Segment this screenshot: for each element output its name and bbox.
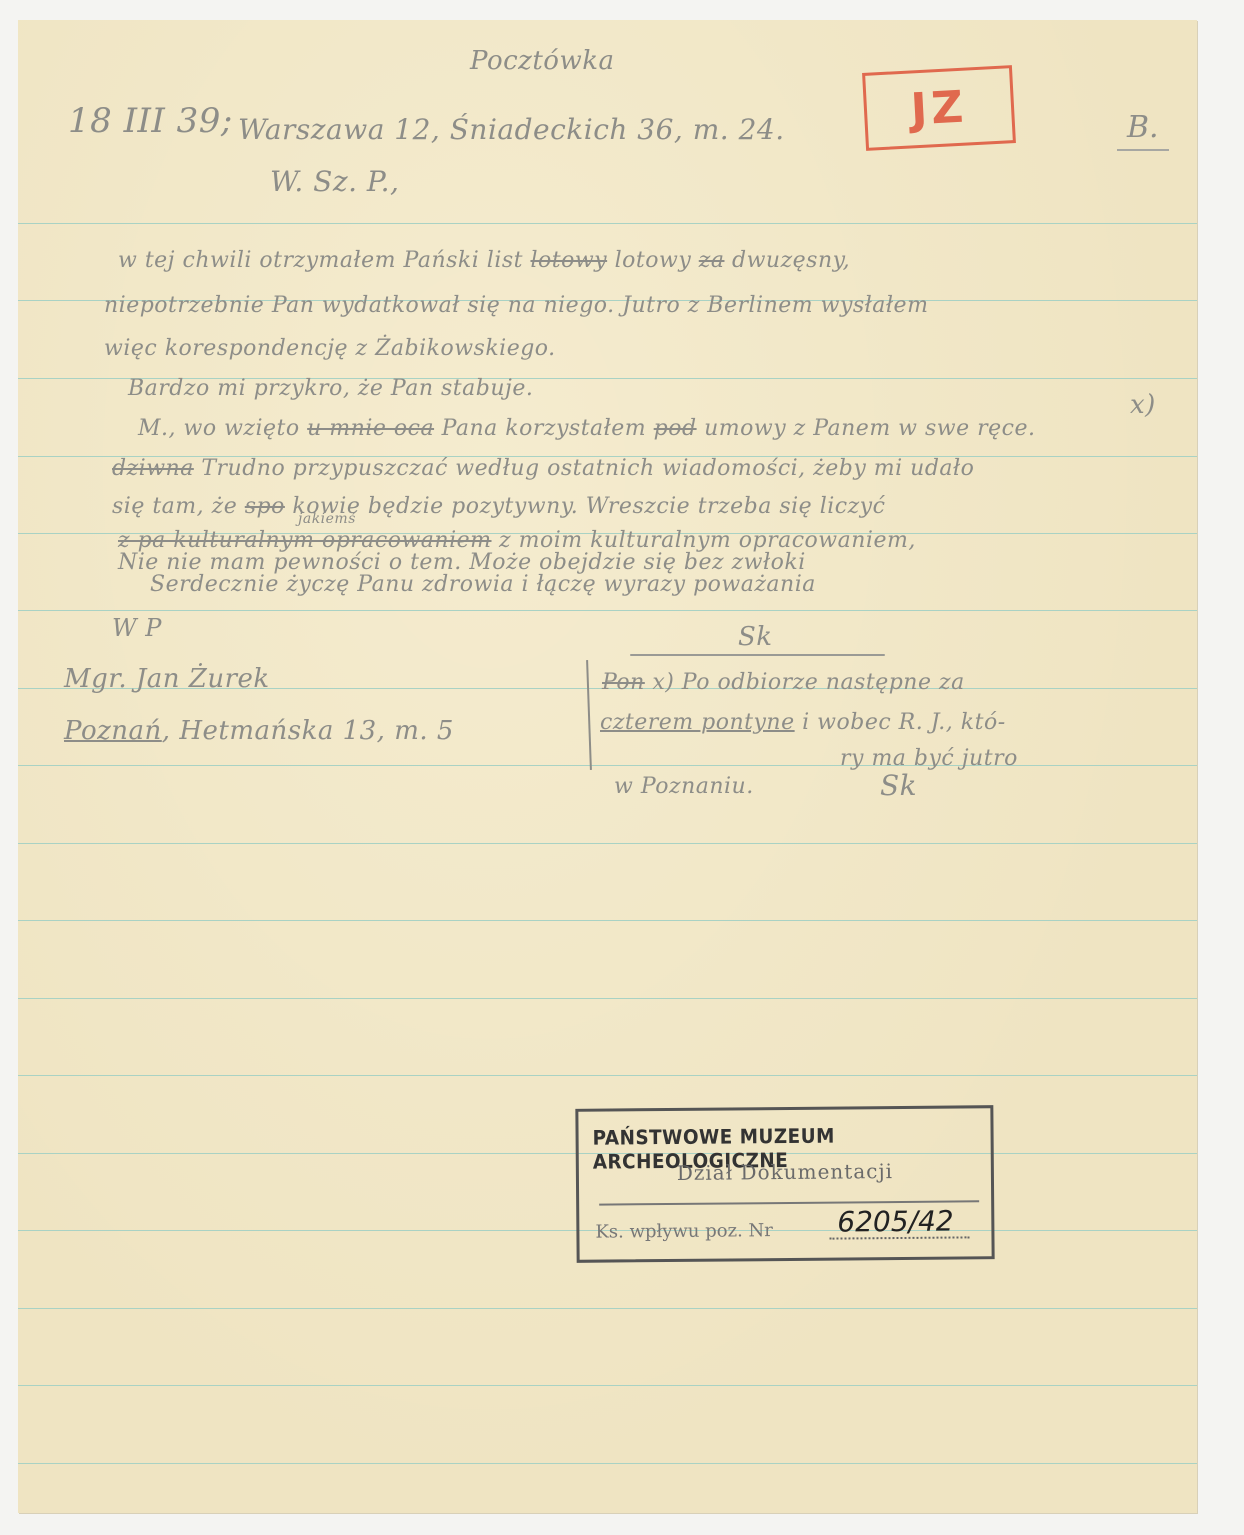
ruled-line bbox=[18, 1463, 1197, 1464]
struck-text: u mnie oca bbox=[307, 416, 434, 441]
addressee-address: Poznań, Hetmańska 13, m. 5 bbox=[64, 718, 454, 744]
struck-text: spo bbox=[245, 494, 285, 519]
red-crayon-mark: JZ bbox=[862, 65, 1016, 151]
struck-text: dziwna bbox=[112, 456, 194, 481]
ruled-line bbox=[18, 610, 1197, 611]
letter-title: Pocztówka bbox=[470, 48, 614, 74]
ruled-line bbox=[18, 998, 1197, 999]
body-text: Pana korzystałem bbox=[442, 416, 647, 441]
postscript-line-2: czterem pontyne i wobec R. J., któ- bbox=[600, 712, 1006, 734]
stamp-department: Dział Dokumentacji bbox=[579, 1158, 991, 1186]
body-text: w tej chwili otrzymałem Pański list bbox=[118, 248, 523, 273]
body-line-7: się tam, że spo kowie będzie pozytywny. … bbox=[112, 496, 885, 518]
body-text: dwuzęsny, bbox=[732, 248, 850, 273]
red-mark-text: JZ bbox=[910, 81, 969, 135]
signature-top: Sk bbox=[738, 624, 773, 650]
struck-text: lotowy bbox=[530, 248, 607, 273]
body-text: się tam, że bbox=[112, 494, 237, 519]
struck-text: pod bbox=[654, 416, 697, 441]
insertion-above: jakiemś bbox=[298, 512, 356, 526]
postscript-line-1: Pon x) Po odbiorze następne za bbox=[602, 672, 965, 694]
ruled-line bbox=[18, 920, 1197, 921]
body-text: kowie będzie pozytywny. Wreszcie trzeba … bbox=[292, 494, 885, 519]
body-line-9: Nie nie mam pewności o tem. Może obejdzi… bbox=[118, 552, 806, 574]
sender-address: Warszawa 12, Śniadeckich 36, m. 24. bbox=[238, 116, 785, 144]
stamp-register-label: Ks. wpływu poz. Nr bbox=[595, 1220, 773, 1243]
struck-text: za bbox=[699, 248, 725, 273]
body-line-8: z pa kulturalnym opracowaniem z moim kul… bbox=[118, 530, 916, 552]
postscript-line-4: w Poznaniu. bbox=[614, 776, 754, 798]
ruled-line bbox=[18, 765, 1197, 766]
body-line-5: M., wo wzięto u mnie oca Pana korzystałe… bbox=[138, 418, 1036, 440]
underlined-text: czterem pontyne bbox=[600, 710, 795, 735]
addressee-street: , Hetmańska 13, m. 5 bbox=[162, 716, 454, 746]
museum-stamp: PAŃSTWOWE MUZEUM ARCHEOLOGICZNE Dział Do… bbox=[575, 1105, 994, 1263]
ruled-line bbox=[18, 843, 1197, 844]
addressee-abbrev: W P bbox=[112, 616, 162, 640]
postscript-text: i wobec R. J., któ- bbox=[802, 710, 1006, 735]
letter-date: 18 III 39; bbox=[68, 104, 233, 138]
postscript-line-3: ry ma być jutro bbox=[840, 748, 1018, 770]
body-line-10: Serdecznie życzę Panu zdrowia i łączę wy… bbox=[150, 574, 816, 596]
body-line-3: więc korespondencję z Żabikowskiego. bbox=[104, 338, 556, 360]
letter-paper bbox=[18, 20, 1197, 1513]
signature-underline bbox=[630, 654, 885, 656]
body-text: M., wo wzięto bbox=[138, 416, 300, 441]
body-line-2: niepotrzebnie Pan wydatkował się na nieg… bbox=[104, 295, 928, 317]
ruled-line bbox=[18, 1308, 1197, 1309]
postscript-text: x) Po odbiorze następne za bbox=[652, 670, 964, 695]
body-text: lotowy bbox=[615, 248, 692, 273]
body-line-6: dziwna Trudno przypuszczać według ostatn… bbox=[112, 458, 974, 480]
salutation: W. Sz. P., bbox=[270, 168, 399, 196]
ruled-line bbox=[18, 1385, 1197, 1386]
body-line-1: w tej chwili otrzymałem Pański list loto… bbox=[118, 250, 850, 272]
addressee-city: Poznań bbox=[64, 716, 162, 746]
ruled-line bbox=[18, 1075, 1197, 1076]
signature-bottom: Sk bbox=[880, 772, 917, 800]
body-text: umowy z Panem w swe ręce. bbox=[704, 416, 1035, 441]
ruled-line bbox=[18, 223, 1197, 224]
footnote-marker: x) bbox=[1130, 392, 1156, 418]
addressee-name: Mgr. Jan Żurek bbox=[64, 666, 270, 692]
corner-initial: B. bbox=[1117, 110, 1169, 151]
struck-text: Pon bbox=[602, 670, 645, 695]
stamp-register-number: 6205/42 bbox=[837, 1205, 954, 1239]
body-text: Trudno przypuszczać według ostatnich wia… bbox=[201, 456, 974, 481]
body-line-4: Bardzo mi przykro, że Pan stabuje. bbox=[128, 378, 533, 400]
